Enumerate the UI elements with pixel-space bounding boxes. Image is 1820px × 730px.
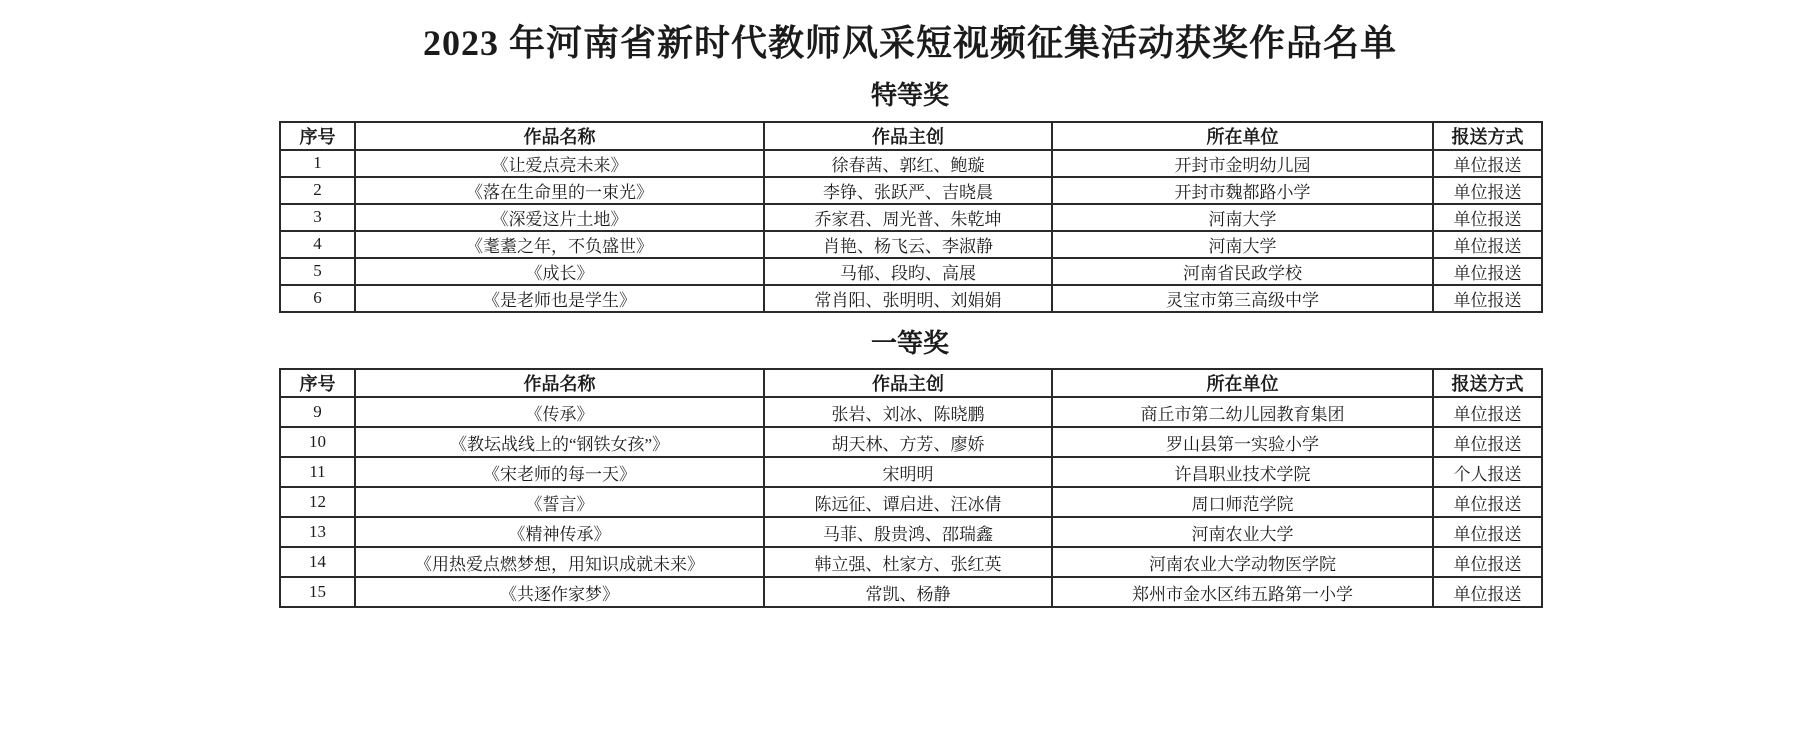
cell-submission-method: 单位报送: [1433, 397, 1542, 427]
cell-work-title: 《教坛战线上的“钢铁女孩”》: [355, 427, 764, 457]
cell-organization: 河南农业大学动物医学院: [1052, 547, 1433, 577]
cell-index: 11: [280, 457, 355, 487]
cell-creators: 马菲、殷贵鸿、邵瑞鑫: [764, 517, 1052, 547]
cell-creators: 陈远征、谭启进、汪冰倩: [764, 487, 1052, 517]
table-row: 12《誓言》陈远征、谭启进、汪冰倩周口师范学院单位报送: [280, 487, 1542, 517]
cell-submission-method: 单位报送: [1433, 577, 1542, 607]
cell-organization: 河南农业大学: [1052, 517, 1433, 547]
cell-work-title: 《成长》: [355, 258, 764, 285]
cell-organization: 郑州市金水区纬五路第一小学: [1052, 577, 1433, 607]
table-row: 3《深爱这片土地》乔家君、周光普、朱乾坤河南大学单位报送: [280, 204, 1542, 231]
cell-work-title: 《是老师也是学生》: [355, 285, 764, 312]
cell-work-title: 《用热爱点燃梦想，用知识成就未来》: [355, 547, 764, 577]
cell-organization: 罗山县第一实验小学: [1052, 427, 1433, 457]
cell-work-title: 《落在生命里的一束光》: [355, 177, 764, 204]
cell-organization: 河南大学: [1052, 204, 1433, 231]
cell-work-title: 《宋老师的每一天》: [355, 457, 764, 487]
cell-index: 14: [280, 547, 355, 577]
cell-index: 15: [280, 577, 355, 607]
cell-work-title: 《深爱这片土地》: [355, 204, 764, 231]
table-row: 9《传承》张岩、刘冰、陈晓鹏商丘市第二幼儿园教育集团单位报送: [280, 397, 1542, 427]
section-special-prize: 特等奖 序号作品名称作品主创所在单位报送方式 1《让爱点亮未来》徐春茜、郭红、鲍…: [279, 82, 1541, 313]
cell-creators: 张岩、刘冰、陈晓鹏: [764, 397, 1052, 427]
cell-work-title: 《共逐作家梦》: [355, 577, 764, 607]
cell-creators: 常肖阳、张明明、刘娟娟: [764, 285, 1052, 312]
column-header-work-title: 作品名称: [355, 122, 764, 150]
cell-index: 4: [280, 231, 355, 258]
cell-index: 13: [280, 517, 355, 547]
cell-organization: 河南大学: [1052, 231, 1433, 258]
column-header-creators: 作品主创: [764, 369, 1052, 397]
special-prize-table: 序号作品名称作品主创所在单位报送方式 1《让爱点亮未来》徐春茜、郭红、鲍璇开封市…: [279, 121, 1543, 313]
cell-submission-method: 单位报送: [1433, 150, 1542, 177]
cell-creators: 常凯、杨静: [764, 577, 1052, 607]
cell-submission-method: 单位报送: [1433, 204, 1542, 231]
cell-submission-method: 个人报送: [1433, 457, 1542, 487]
cell-index: 3: [280, 204, 355, 231]
cell-index: 10: [280, 427, 355, 457]
column-header-index: 序号: [280, 122, 355, 150]
first-prize-table-body: 9《传承》张岩、刘冰、陈晓鹏商丘市第二幼儿园教育集团单位报送10《教坛战线上的“…: [280, 397, 1542, 607]
cell-submission-method: 单位报送: [1433, 517, 1542, 547]
table-header-row: 序号作品名称作品主创所在单位报送方式: [280, 122, 1542, 150]
cell-submission-method: 单位报送: [1433, 427, 1542, 457]
table-row: 15《共逐作家梦》常凯、杨静郑州市金水区纬五路第一小学单位报送: [280, 577, 1542, 607]
table-row: 11《宋老师的每一天》宋明明许昌职业技术学院个人报送: [280, 457, 1542, 487]
cell-submission-method: 单位报送: [1433, 285, 1542, 312]
cell-index: 9: [280, 397, 355, 427]
cell-organization: 河南省民政学校: [1052, 258, 1433, 285]
cell-index: 12: [280, 487, 355, 517]
table-row: 13《精神传承》马菲、殷贵鸿、邵瑞鑫河南农业大学单位报送: [280, 517, 1542, 547]
cell-creators: 徐春茜、郭红、鲍璇: [764, 150, 1052, 177]
special-prize-table-body: 1《让爱点亮未来》徐春茜、郭红、鲍璇开封市金明幼儿园单位报送2《落在生命里的一束…: [280, 150, 1542, 312]
cell-creators: 宋明明: [764, 457, 1052, 487]
table-row: 1《让爱点亮未来》徐春茜、郭红、鲍璇开封市金明幼儿园单位报送: [280, 150, 1542, 177]
cell-work-title: 《誓言》: [355, 487, 764, 517]
table-row: 14《用热爱点燃梦想，用知识成就未来》韩立强、杜家方、张红英河南农业大学动物医学…: [280, 547, 1542, 577]
cell-work-title: 《让爱点亮未来》: [355, 150, 764, 177]
cell-creators: 韩立强、杜家方、张红英: [764, 547, 1052, 577]
cell-submission-method: 单位报送: [1433, 258, 1542, 285]
column-header-index: 序号: [280, 369, 355, 397]
cell-organization: 灵宝市第三高级中学: [1052, 285, 1433, 312]
cell-organization: 开封市金明幼儿园: [1052, 150, 1433, 177]
cell-organization: 商丘市第二幼儿园教育集团: [1052, 397, 1433, 427]
cell-creators: 李铮、张跃严、吉晓晨: [764, 177, 1052, 204]
cell-organization: 开封市魏都路小学: [1052, 177, 1433, 204]
table-row: 2《落在生命里的一束光》李铮、张跃严、吉晓晨开封市魏都路小学单位报送: [280, 177, 1542, 204]
cell-creators: 乔家君、周光普、朱乾坤: [764, 204, 1052, 231]
cell-organization: 周口师范学院: [1052, 487, 1433, 517]
table-row: 4《耄耋之年，不负盛世》肖艳、杨飞云、李淑静河南大学单位报送: [280, 231, 1542, 258]
table-header-row: 序号作品名称作品主创所在单位报送方式: [280, 369, 1542, 397]
cell-work-title: 《传承》: [355, 397, 764, 427]
page-title: 2023 年河南省新时代教师风采短视频征集活动获奖作品名单: [279, 22, 1541, 65]
column-header-creators: 作品主创: [764, 122, 1052, 150]
cell-index: 2: [280, 177, 355, 204]
table-row: 10《教坛战线上的“钢铁女孩”》胡天林、方芳、廖娇罗山县第一实验小学单位报送: [280, 427, 1542, 457]
column-header-organization: 所在单位: [1052, 369, 1433, 397]
cell-work-title: 《精神传承》: [355, 517, 764, 547]
column-header-submission-method: 报送方式: [1433, 369, 1542, 397]
cell-creators: 胡天林、方芳、廖娇: [764, 427, 1052, 457]
section-heading-special-prize: 特等奖: [279, 82, 1541, 111]
column-header-organization: 所在单位: [1052, 122, 1433, 150]
cell-index: 6: [280, 285, 355, 312]
cell-organization: 许昌职业技术学院: [1052, 457, 1433, 487]
section-first-prize: 一等奖 序号作品名称作品主创所在单位报送方式 9《传承》张岩、刘冰、陈晓鹏商丘市…: [279, 330, 1541, 609]
cell-submission-method: 单位报送: [1433, 231, 1542, 258]
cell-index: 1: [280, 150, 355, 177]
column-header-submission-method: 报送方式: [1433, 122, 1542, 150]
table-row: 6《是老师也是学生》常肖阳、张明明、刘娟娟灵宝市第三高级中学单位报送: [280, 285, 1542, 312]
document-page: 2023 年河南省新时代教师风采短视频征集活动获奖作品名单 特等奖 序号作品名称…: [279, 0, 1541, 608]
section-heading-first-prize: 一等奖: [279, 330, 1541, 359]
cell-creators: 肖艳、杨飞云、李淑静: [764, 231, 1052, 258]
cell-work-title: 《耄耋之年，不负盛世》: [355, 231, 764, 258]
cell-creators: 马郁、段昀、高展: [764, 258, 1052, 285]
column-header-work-title: 作品名称: [355, 369, 764, 397]
first-prize-table: 序号作品名称作品主创所在单位报送方式 9《传承》张岩、刘冰、陈晓鹏商丘市第二幼儿…: [279, 368, 1543, 608]
cell-index: 5: [280, 258, 355, 285]
cell-submission-method: 单位报送: [1433, 487, 1542, 517]
cell-submission-method: 单位报送: [1433, 547, 1542, 577]
table-row: 5《成长》马郁、段昀、高展河南省民政学校单位报送: [280, 258, 1542, 285]
cell-submission-method: 单位报送: [1433, 177, 1542, 204]
